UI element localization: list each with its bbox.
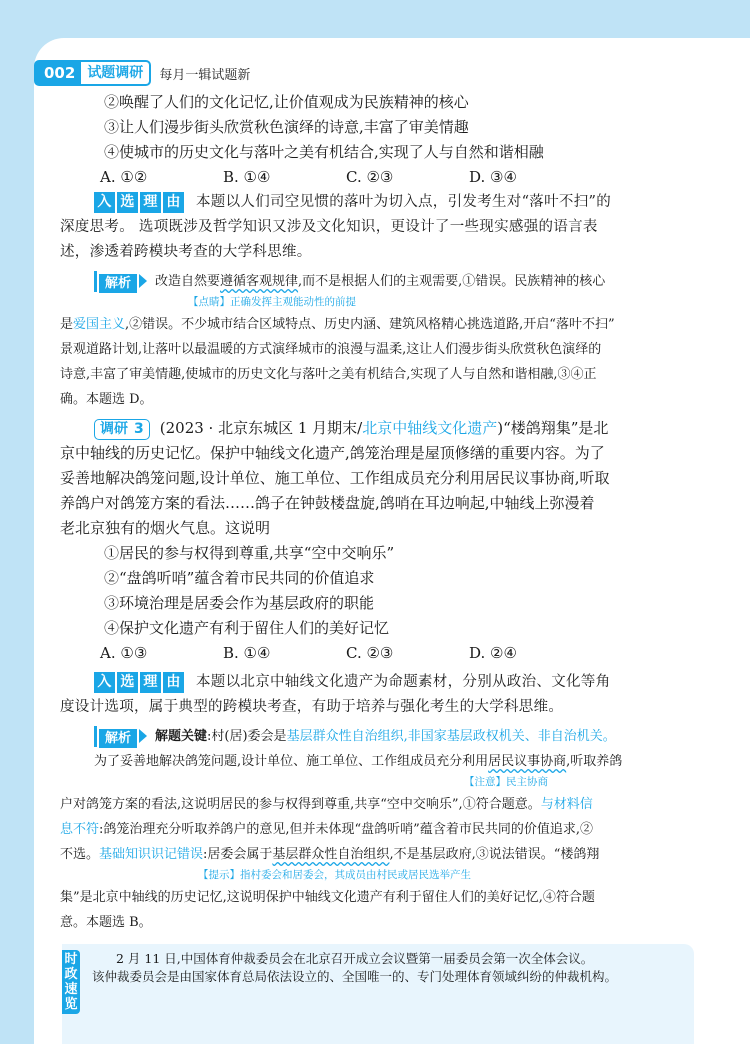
q3-stem-line-5: 老北京独有的烟火气息。这说明 (60, 516, 694, 541)
q3-note-attention: 【注意】民主协商 (68, 774, 694, 792)
q2-option-d: D. ③④ (469, 165, 592, 190)
q3-option-a: A. ①③ (100, 641, 223, 666)
q3-stem-line-4: 养鸽户对鸽笼方案的看法……鸽子在钟鼓楼盘旋,鸽哨在耳边响起,中轴线上弥漫着 (60, 491, 694, 516)
q3-item-2: ②“盘鸽听哨”蕴含着市民共同的价值追求 (68, 566, 694, 591)
q3-option-c: C. ②③ (346, 641, 469, 666)
q2-reason-line-2: 深度思考。 选项既涉及哲学知识又涉及文化知识，更设计了一些现实感强的语言表 (60, 215, 694, 240)
news-line-2: 该仲裁委员会是由国家体育总局依法设立的、全国唯一的、专门处理体育领域纠纷的仲裁机… (92, 968, 682, 986)
q3-analysis-line-3: 户对鸽笼方案的看法,这说明居民的参与权得到尊重,共享“空中交响乐”,①符合题意。… (60, 792, 694, 817)
question-badge: 调研3 (94, 419, 150, 440)
q3-item-4: ④保护文化遗产有利于留住人们的美好记忆 (68, 616, 694, 641)
q2-item-4: ④使城市的历史文化与落叶之美有机结合,实现了人与自然和谐相融 (68, 140, 694, 165)
q2-note-highlight: 【点睛】正确发挥主观能动性的前提 (68, 294, 694, 312)
q3-analysis-line-2: 为了妥善地解决鸽笼问题,设计单位、施工单位、工作组成员充分利用居民议事协商,听取… (68, 749, 694, 774)
q2-option-a: A. ①② (100, 165, 223, 190)
analysis-tag: 解析 (94, 271, 137, 292)
news-text: 2 月 11 日,中国体育仲裁委员会在北京召开成立会议暨第一届委员会第一次全体会… (92, 950, 682, 986)
main-content: ②唤醒了人们的文化记忆,让价值观成为民族精神的核心 ③让人们漫步街头欣赏秋色演绎… (68, 90, 694, 935)
q3-analysis-line-7: 意。本题选 B。 (60, 910, 694, 935)
q2-reason-line-1: 入选理由 本题以人们司空见惯的落叶为切入点，引发考生对“落叶不扫”的 (68, 190, 694, 215)
q2-option-b: B. ①④ (223, 165, 346, 190)
q3-note-hint: 【提示】指村委会和居委会，其成员由村民或居民选举产生 (68, 867, 694, 885)
news-tag: 时 政 速 览 (62, 950, 80, 1014)
q3-analysis-line-4: 息不符:鸽笼治理充分听取养鸽户的意见,但并未体现“盘鸽听哨”蕴含着市民共同的价值… (60, 817, 694, 842)
page-header: 002 试题调研 每月一辑试题新 (34, 60, 250, 86)
q3-stem-line-1: 调研3(2023 · 北京东城区 1 月期末/北京中轴线文化遗产)“楼鸽翔集”是… (68, 416, 694, 441)
q2-analysis-line-2: 是爱国主义,②错误。不少城市结合区域特点、历史内涵、建筑风格精心挑选道路,开启“… (60, 312, 694, 337)
q2-reason-line-3: 述，渗透着跨模块考查的大学科思维。 (60, 240, 694, 265)
section-title: 试题调研 (81, 60, 151, 86)
news-line-1: 2 月 11 日,中国体育仲裁委员会在北京召开成立会议暨第一届委员会第一次全体会… (92, 950, 682, 968)
q3-option-b: B. ①④ (223, 641, 346, 666)
q2-analysis-line-5: 确。本题选 D。 (60, 387, 694, 412)
q3-stem-line-2: 京中轴线的历史记忆。保护中轴线文化遗产,鸽笼治理是屋顶修缮的重要内容。为了 (60, 441, 694, 466)
page-number: 002 (34, 60, 81, 86)
section-subtitle: 每月一辑试题新 (159, 64, 250, 83)
q2-options: A. ①② B. ①④ C. ②③ D. ③④ (68, 165, 694, 190)
q2-analysis-line-3: 景观道路计划,让落叶以最温暖的方式演绎城市的浪漫与温柔,这让人们漫步街头欣赏秋色… (60, 337, 694, 362)
q2-analysis-line-1: 解析改造自然要遵循客观规律,而不是根据人们的主观需要,①错误。民族精神的核心 (68, 269, 694, 294)
q3-item-3: ③环境治理是居委会作为基层政府的职能 (68, 591, 694, 616)
q3-option-d: D. ②④ (469, 641, 592, 666)
reason-tag: 入选理由 (94, 672, 184, 693)
q3-analysis-line-5: 不选。基础知识识记错误:居委会属于基层群众性自治组织,不是基层政府,③说法错误。… (60, 842, 694, 867)
q3-reason-line-2: 度设计选项，属于典型的跨模块考查，有助于培养与强化考生的大学科思维。 (60, 695, 694, 720)
reason-tag: 入选理由 (94, 192, 184, 213)
q3-reason-line-1: 入选理由 本题以北京中轴线文化遗产为命题素材，分别从政治、文化等角 (68, 670, 694, 695)
q2-analysis-line-4: 诗意,丰富了审美情趣,使城市的历史文化与落叶之美有机结合,实现了人与自然和谐相融… (60, 362, 694, 387)
q3-analysis-key: 解析解题关键:村(居)委会是基层群众性自治组织,非国家基层政权机关、非自治机关。 (68, 724, 694, 749)
q2-item-2: ②唤醒了人们的文化记忆,让价值观成为民族精神的核心 (68, 90, 694, 115)
q2-item-3: ③让人们漫步街头欣赏秋色演绎的诗意,丰富了审美情趣 (68, 115, 694, 140)
q3-item-1: ①居民的参与权得到尊重,共享“空中交响乐” (68, 541, 694, 566)
q3-analysis-line-6: 集”是北京中轴线的历史记忆,这说明保护中轴线文化遗产有利于留住人们的美好记忆,④… (60, 885, 694, 910)
q3-options: A. ①③ B. ①④ C. ②③ D. ②④ (68, 641, 694, 666)
q3-stem-line-3: 妥善地解决鸽笼问题,设计单位、施工单位、工作组成员充分利用居民议事协商,听取 (60, 466, 694, 491)
analysis-tag: 解析 (94, 726, 137, 747)
q2-option-c: C. ②③ (346, 165, 469, 190)
